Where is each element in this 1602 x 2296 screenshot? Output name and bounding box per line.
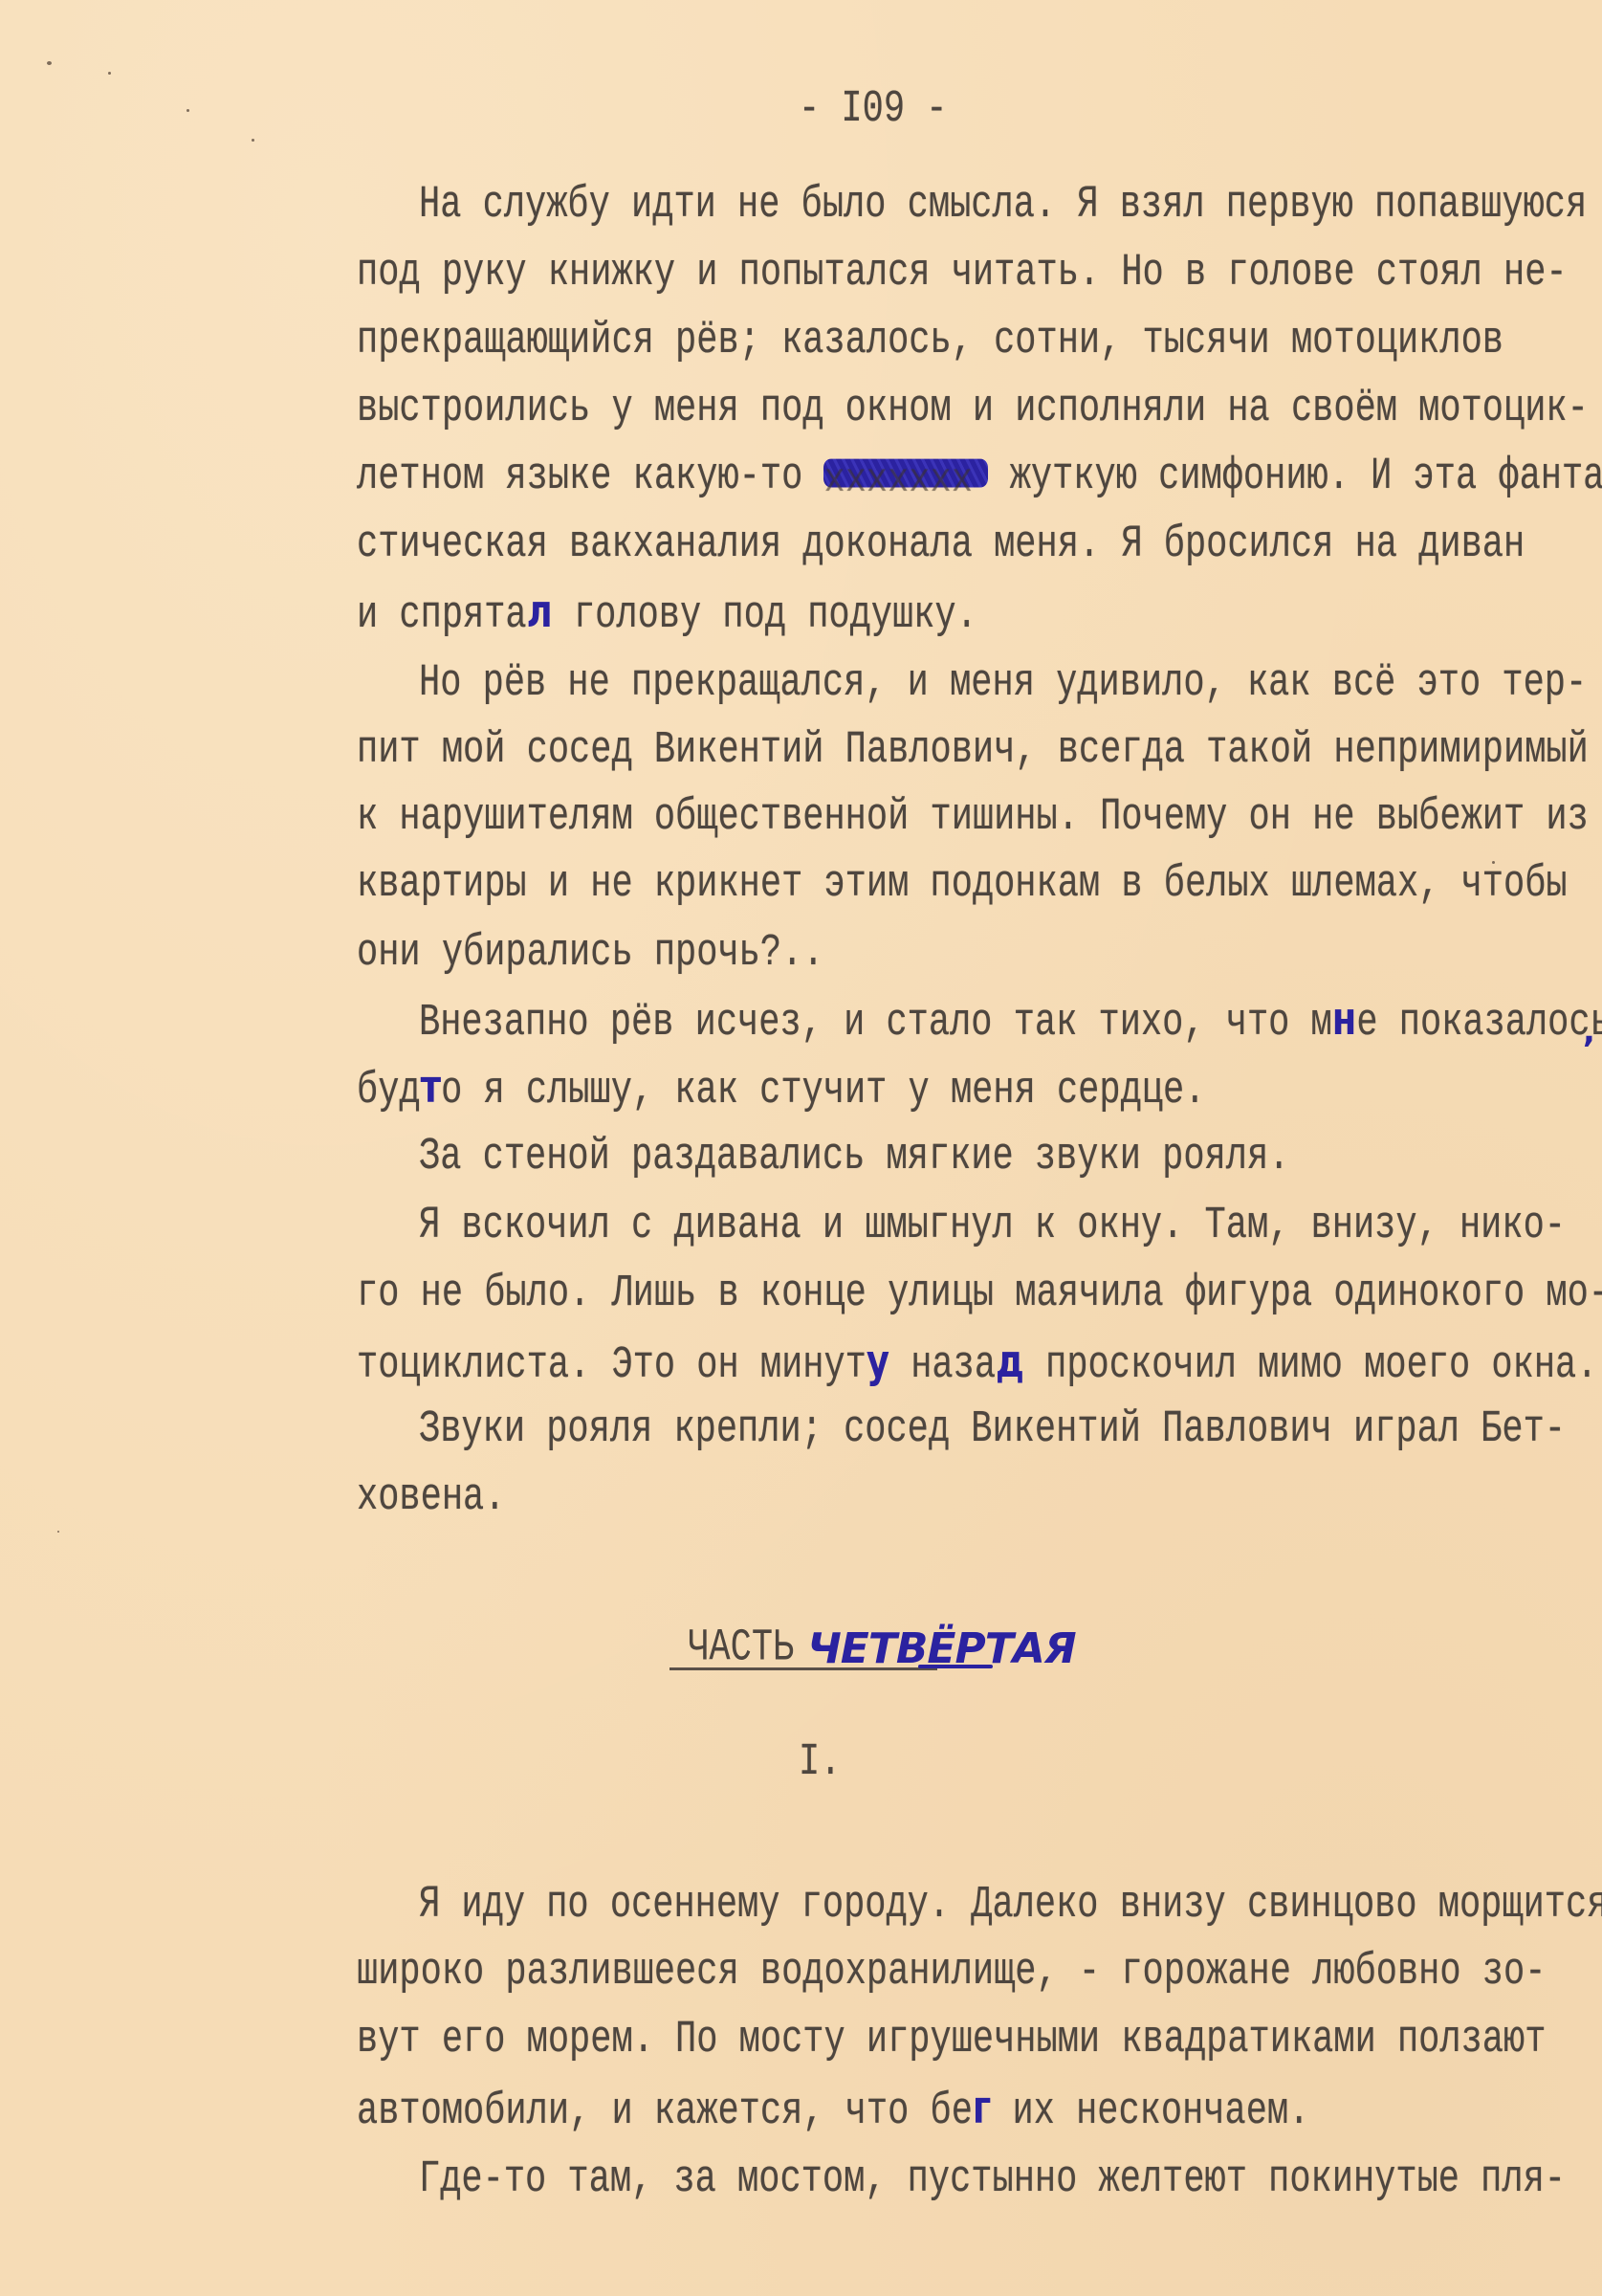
text-segment: и спрята: [357, 590, 527, 642]
handwritten-correction: д: [996, 1335, 1024, 1387]
paper-speck: [187, 109, 189, 112]
text-line: квартиры и не крикнет этим подонкам в бе…: [357, 860, 1568, 909]
handwritten-correction: у: [867, 1335, 889, 1387]
text-line: Внезапно рёв исчез, и стало так тихо, чт…: [419, 995, 1602, 1048]
text-line: выстроились у меня под окном и исполняли…: [357, 385, 1589, 433]
text-segment: жуткую симфонию. И эта фанта-: [988, 452, 1602, 503]
paper-speck: [47, 61, 52, 65]
chapter-number: I.: [799, 1738, 841, 1787]
text-segment: проскочил мимо моего окна.: [1024, 1340, 1598, 1392]
text-line: широко разлившееся водохранилище, - горо…: [357, 1948, 1546, 1997]
text-line: автомобили, и кажется, что бег их нескон…: [357, 2084, 1309, 2136]
part-heading: ЧАСТЬЧЕТВЁРТАЯ: [669, 1607, 1076, 1674]
heading-underline: [669, 1667, 937, 1670]
text-segment: буд: [357, 1066, 421, 1117]
text-line: тоциклиста. Это он минуту назад проскочи…: [357, 1337, 1597, 1390]
text-line: под руку книжку и попытался читать. Но в…: [357, 249, 1568, 298]
text-line: Где-то там, за мостом, пустынно желтеют …: [419, 2155, 1566, 2204]
text-segment: их нескончаем.: [991, 2086, 1309, 2138]
text-segment: автомобили, и кажется, что бе: [357, 2086, 973, 2138]
page-number: - I09 -: [799, 85, 947, 134]
text-line: они убирались прочь?..: [357, 929, 823, 978]
text-line: будто я слышу, как стучит у меня сердце.: [357, 1063, 1205, 1115]
paper-speck: [57, 1531, 59, 1533]
paper-speck: [252, 139, 254, 142]
text-line: стическая вакханалия доконала меня. Я бр…: [357, 520, 1525, 569]
text-segment: голову под подушку.: [553, 590, 977, 642]
text-line: летном языке какую-то ххххххх жуткую сим…: [357, 453, 1602, 501]
text-line: Я вскочил с дивана и шмыгнул к окну. Там…: [419, 1202, 1566, 1250]
text-line: На службу идти не было смысла. Я взял пе…: [419, 181, 1587, 230]
text-line: го не было. Лишь в конце улицы маячила ф…: [357, 1269, 1602, 1318]
text-segment: о я слышу, как стучит у меня сердце.: [441, 1066, 1205, 1117]
margin-comma-mark: ,: [1583, 1012, 1595, 1050]
struck-out-word: ххххххх: [823, 459, 988, 488]
text-line: Но рёв не прекращался, и меня удивило, к…: [419, 659, 1587, 708]
handwritten-correction: л: [527, 585, 553, 637]
text-line: ховена.: [357, 1473, 505, 1522]
handwritten-correction: г: [973, 2081, 991, 2133]
handwritten-correction: т: [421, 1060, 441, 1113]
text-segment: летном языке какую-то: [357, 452, 823, 503]
text-line: Я иду по осеннему городу. Далеко внизу с…: [419, 1881, 1602, 1930]
text-line: Звуки рояля крепли; сосед Викентий Павло…: [419, 1405, 1566, 1454]
text-line: вут его морем. По мосту игрушечными квад…: [357, 2016, 1546, 2064]
heading-underline-handwritten: [918, 1665, 993, 1668]
text-line: За стеной раздавались мягкие звуки рояля…: [419, 1133, 1289, 1181]
text-segment: Внезапно рёв исчез, и стало так тихо, чт…: [419, 998, 1332, 1049]
paper-speck: [108, 72, 111, 75]
text-line: к нарушителям общественной тишины. Почем…: [357, 793, 1589, 842]
handwritten-correction: н: [1332, 992, 1357, 1045]
text-line: прекращающийся рёв; казалось, сотни, тыс…: [357, 317, 1503, 365]
part-heading-typed: ЧАСТЬ: [688, 1623, 794, 1674]
text-line: пит мой сосед Викентий Павлович, всегда …: [357, 726, 1589, 775]
text-segment: тоциклиста. Это он минут: [357, 1340, 867, 1392]
text-line: и спрятал голову под подушку.: [357, 587, 977, 640]
text-segment: наза: [889, 1340, 996, 1392]
text-segment: е показалось: [1356, 998, 1602, 1049]
